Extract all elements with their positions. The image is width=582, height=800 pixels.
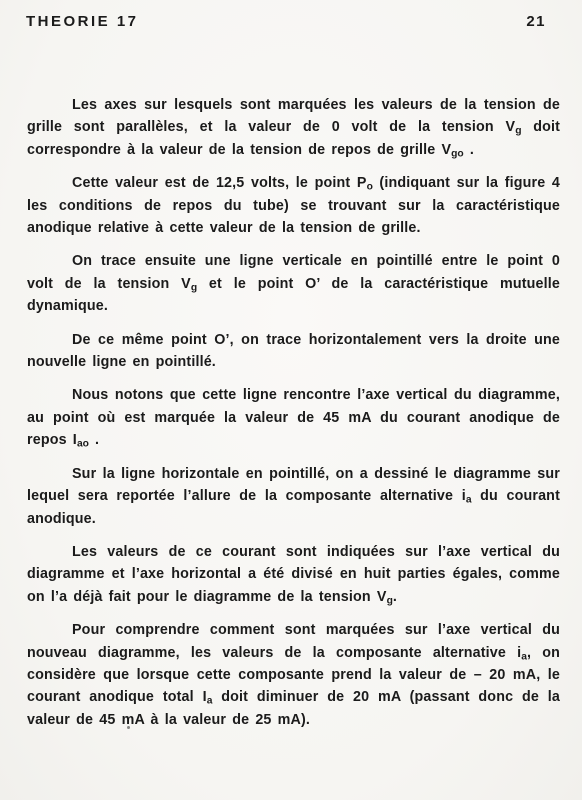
paragraph-7: Les valeurs de ce courant sont indiquées… [27, 541, 560, 608]
paragraph-2: Cette valeur est de 12,5 volts, le point… [27, 172, 560, 239]
paragraph-4: De ce même point O’, on trace horizontal… [27, 329, 560, 374]
paragraph-3: On trace ensuite une ligne verticale en … [27, 250, 560, 317]
page-body: Les axes sur lesquels sont marquées les … [27, 94, 560, 731]
scan-speckle [127, 726, 130, 729]
section-title: THEORIE 17 [26, 13, 139, 30]
document-page: THEORIE 17 21 Les axes sur lesquels sont… [0, 0, 582, 800]
paragraph-1: Les axes sur lesquels sont marquées les … [27, 94, 560, 161]
paragraph-5: Nous notons que cette ligne rencontre l’… [27, 384, 560, 451]
page-number: 21 [526, 13, 546, 30]
page-header: THEORIE 17 21 [0, 0, 582, 30]
paragraph-8: Pour comprendre comment sont marquées su… [27, 619, 560, 731]
paragraph-6: Sur la ligne horizontale en pointillé, o… [27, 463, 560, 530]
